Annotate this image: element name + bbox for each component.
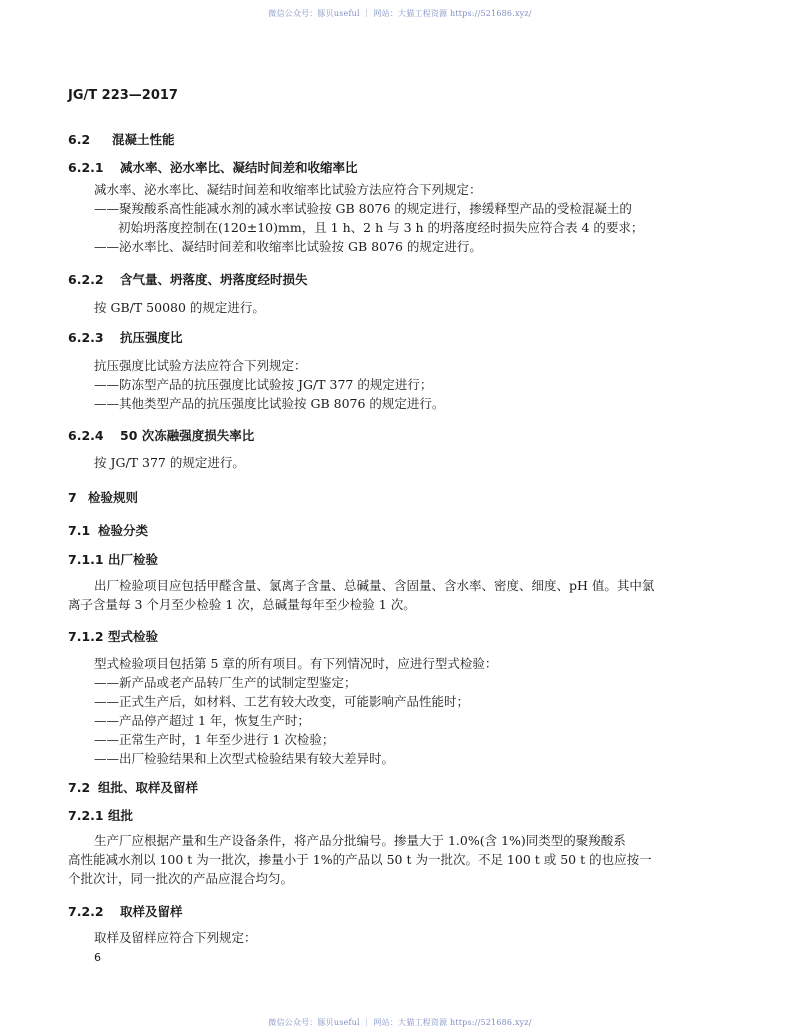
paragraph: 型式检验项目包括第 5 章的所有项目。有下列情况时，应进行型式检验： [94,654,497,673]
heading-title: 含气量、坍落度、坍落度经时损失 [120,272,308,287]
paragraph: 生产厂应根据产量和生产设备条件，将产品分批编号。掺量大于 1.0%(含 1%)同… [94,831,626,850]
paragraph-continuation: 离子含量每 3 个月至少检验 1 次，总碱量每年至少检验 1 次。 [68,595,416,614]
heading-title: 检验分类 [98,523,148,538]
heading-number: 7 [68,490,88,505]
heading-6-2-2: 6.2.2含气量、坍落度、坍落度经时损失 [68,270,308,288]
heading-number: 7.2.2 [68,904,120,919]
heading-7-2-2: 7.2.2取样及留样 [68,902,183,920]
list-item: ——防冻型产品的抗压强度比试验按 JG/T 377 的规定进行； [94,375,432,394]
heading-title: 减水率、泌水率比、凝结时间差和收缩率比 [120,160,358,175]
heading-7-2-1: 7.2.1组批 [68,806,133,824]
list-item: ——新产品或老产品转厂生产的试制定型鉴定； [94,673,357,692]
heading-number: 7.2.1 [68,808,108,823]
heading-6-2: 6.2混凝土性能 [68,130,175,148]
heading-title: 检验规则 [88,490,138,505]
list-item-continuation: 初始坍落度控制在(120±10)mm，且 1 h、2 h 与 3 h 的坍落度经… [118,218,643,237]
standard-code: JG/T 223—2017 [68,88,178,103]
heading-number: 6.2.4 [68,428,120,443]
heading-title: 50 次冻融强度损失率比 [120,428,254,443]
heading-number: 6.2 [68,132,112,147]
heading-7-2: 7.2组批、取样及留样 [68,778,198,796]
heading-title: 型式检验 [108,629,158,644]
heading-6-2-3: 6.2.3抗压强度比 [68,328,183,346]
paragraph: 抗压强度比试验方法应符合下列规定： [94,356,307,375]
list-item: ——产品停产超过 1 年，恢复生产时； [94,711,310,730]
paragraph-continuation: 个批次计，同一批次的产品应混合均匀。 [68,869,293,888]
heading-title: 取样及留样 [120,904,183,919]
paragraph-continuation: 高性能减水剂以 100 t 为一批次，掺量小于 1%的产品以 50 t 为一批次… [68,850,652,869]
page-number: 6 [94,951,101,964]
heading-number: 7.1.1 [68,552,108,567]
list-item: ——正式生产后，如材料、工艺有较大改变，可能影响产品性能时； [94,692,469,711]
heading-title: 出厂检验 [108,552,158,567]
list-item: ——出厂检验结果和上次型式检验结果有较大差异时。 [94,749,394,768]
heading-title: 混凝土性能 [112,132,175,147]
heading-number: 6.2.1 [68,160,120,175]
heading-title: 抗压强度比 [120,330,183,345]
heading-number: 7.2 [68,780,98,795]
heading-number: 7.1.2 [68,629,108,644]
paragraph: 取样及留样应符合下列规定： [94,928,257,947]
watermark-top: 微信公众号：豚贝useful ｜ 网站：大猫工程资源 https://52168… [0,8,800,19]
heading-number: 6.2.2 [68,272,120,287]
paragraph: 按 JG/T 377 的规定进行。 [94,453,245,472]
list-item: ——泌水率比、凝结时间差和收缩率比试验按 GB 8076 的规定进行。 [94,237,482,256]
heading-7-1: 7.1检验分类 [68,521,148,539]
heading-7-1-1: 7.1.1出厂检验 [68,550,158,568]
list-item: ——正常生产时，1 年至少进行 1 次检验； [94,730,334,749]
list-item: ——其他类型产品的抗压强度比试验按 GB 8076 的规定进行。 [94,394,444,413]
paragraph: 按 GB/T 50080 的规定进行。 [94,298,265,317]
heading-6-2-4: 6.2.450 次冻融强度损失率比 [68,426,254,444]
paragraph: 出厂检验项目应包括甲醛含量、氯离子含量、总碱量、含固量、含水率、密度、细度、pH… [94,576,654,595]
list-item: ——聚羧酸系高性能减水剂的减水率试验按 GB 8076 的规定进行，掺缓释型产品… [94,199,632,218]
heading-title: 组批 [108,808,133,823]
heading-7: 7检验规则 [68,488,138,506]
watermark-bottom: 微信公众号：豚贝useful ｜ 网站：大猫工程资源 https://52168… [0,1017,800,1028]
heading-number: 6.2.3 [68,330,120,345]
heading-7-1-2: 7.1.2型式检验 [68,627,158,645]
heading-number: 7.1 [68,523,98,538]
heading-6-2-1: 6.2.1减水率、泌水率比、凝结时间差和收缩率比 [68,158,358,176]
paragraph: 减水率、泌水率比、凝结时间差和收缩率比试验方法应符合下列规定： [94,180,482,199]
heading-title: 组批、取样及留样 [98,780,198,795]
